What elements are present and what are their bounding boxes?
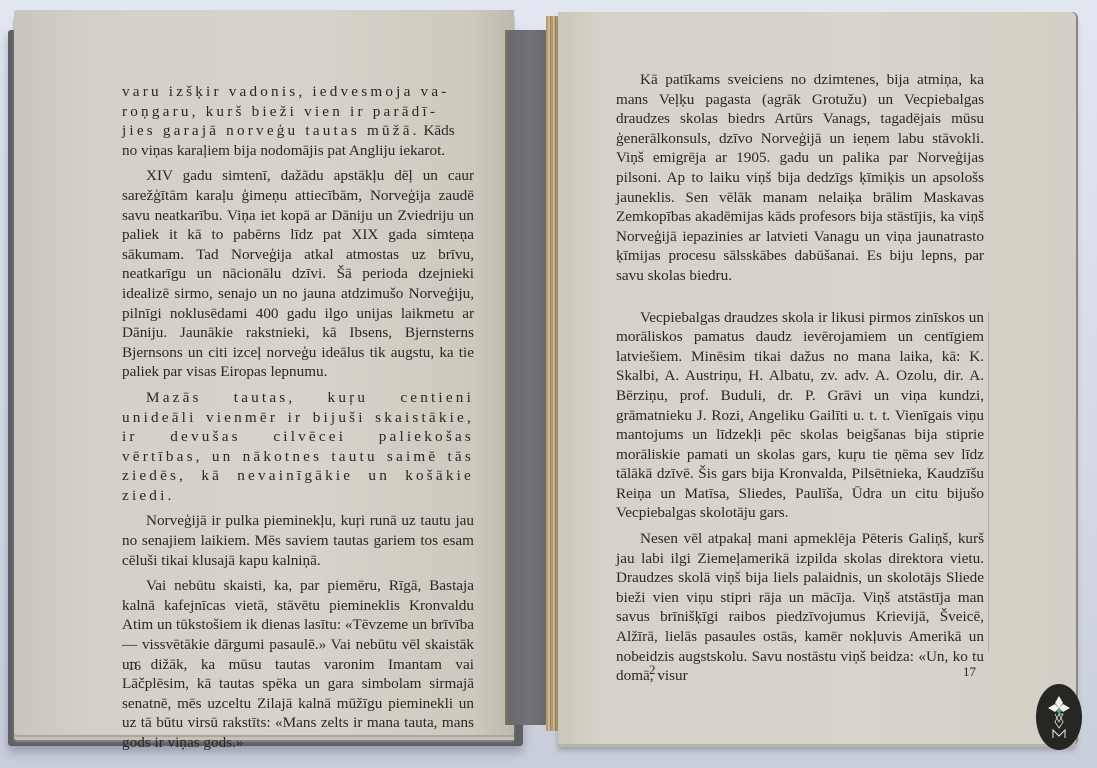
page-number: 17 bbox=[963, 664, 976, 680]
left-page-text: varu izšķir vadonis, iedvesmoja va- roņg… bbox=[122, 82, 474, 753]
right-page-text: Kā patīkams sveiciens no dzimtenes, bija… bbox=[616, 70, 984, 686]
paragraph: XIV gadu simtenī, dažādu apstākļu dēļ un… bbox=[122, 166, 474, 382]
page-number: 16 bbox=[128, 658, 141, 674]
signature-mark: 2 bbox=[649, 662, 656, 678]
paragraph: Vecpiebalgas draudzes skola ir likusi pi… bbox=[616, 308, 984, 524]
left-page: varu izšķir vadonis, iedvesmoja va- roņg… bbox=[14, 10, 514, 735]
paragraph: varu izšķir vadonis, iedvesmoja va- roņg… bbox=[122, 82, 474, 160]
paragraph: Vai nebūtu skaisti, ka, par piemēru, Rīg… bbox=[122, 576, 474, 752]
paragraph: Kā patīkams sveiciens no dzimtenes, bija… bbox=[616, 70, 984, 286]
margin-line bbox=[988, 312, 989, 652]
paragraph: Norveģijā ir pulka pieminekļu, kuŗi runā… bbox=[122, 511, 474, 570]
right-page: Kā patīkams sveiciens no dzimtenes, bija… bbox=[558, 12, 1076, 744]
watermark-logo bbox=[1036, 684, 1082, 750]
paragraph-spaced: Mazās tautas, kuŗu centieni unideāli vie… bbox=[122, 388, 474, 506]
paragraph: Nesen vēl atpakaļ mani apmeklēja Pēteris… bbox=[616, 529, 984, 686]
text-spaced: varu izšķir vadonis, iedvesmoja va- bbox=[122, 83, 450, 100]
ornament-icon bbox=[1042, 690, 1076, 744]
text-spaced: jies garajā norveģu tautas mūžā. bbox=[122, 122, 420, 139]
text-spaced: roņgaru, kurš bieži vien ir parādī- bbox=[122, 103, 438, 120]
text-spaced: Mazās tautas, kuŗu centieni unideāli vie… bbox=[122, 389, 474, 504]
